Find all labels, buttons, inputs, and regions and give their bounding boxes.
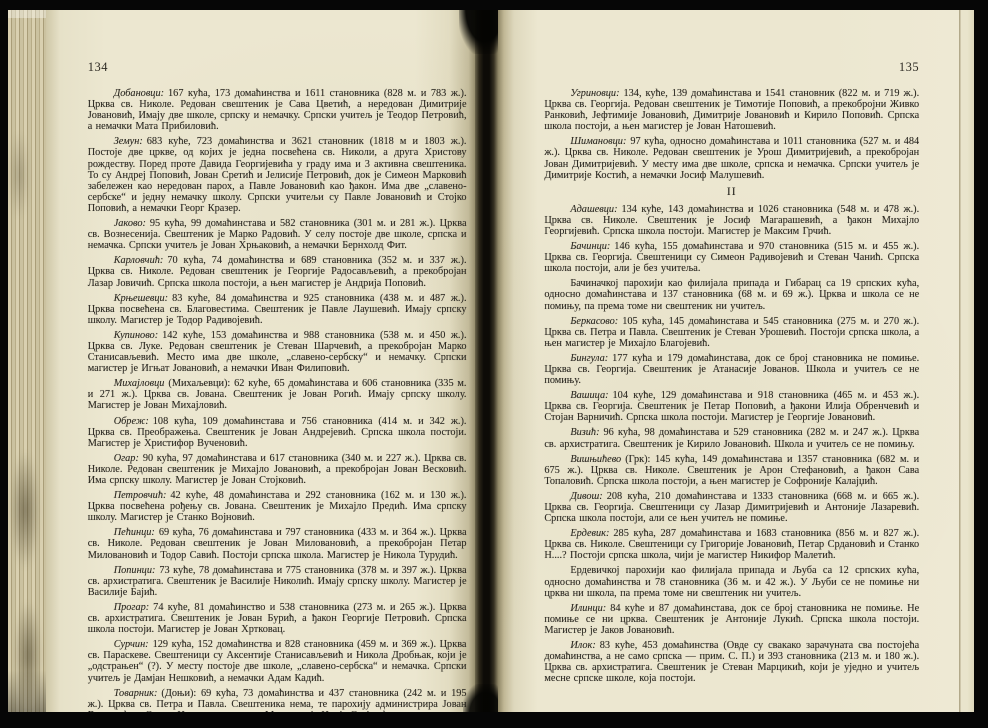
entry-place-name: Бачинци:: [570, 241, 614, 252]
entry-paragraph: Бингула:177 кућа и 179 домаћинстава, док…: [544, 353, 919, 386]
entry-paragraph: Попинци:73 куће, 78 домаћинстава и 775 с…: [88, 565, 467, 598]
entry-paragraph: Бачинци:146 кућа, 155 домаћинстава и 970…: [544, 241, 919, 274]
entry-place-name: Илок:: [570, 640, 599, 651]
left-page-entries: Добановци:167 кућа, 173 домаћинства и 16…: [88, 88, 467, 721]
entry-paragraph: Визић:96 кућа, 98 домаћинстава и 529 ста…: [544, 427, 919, 449]
scan-border-right: [974, 10, 981, 712]
book-scan: 134 Добановци:167 кућа, 173 домаћинства …: [0, 0, 988, 728]
entry-place-name: Адашевци:: [570, 204, 621, 215]
scan-border-bottom: [0, 712, 988, 728]
entry-place-name: Беркасово:: [570, 316, 622, 327]
right-page-entries-top: Угриновци:134, куће, 139 домаћинстава и …: [544, 88, 919, 181]
stain: [10, 450, 40, 570]
entry-paragraph: Пећинци:69 кућа, 76 домаћинстава и 797 с…: [88, 527, 467, 560]
entry-place-name: Купиново:: [114, 330, 162, 341]
entry-text: 90 кућа, 97 домаћинстава и 617 становник…: [88, 453, 467, 486]
entry-place-name: Визић:: [570, 427, 603, 438]
entry-paragraph: Вишњићево(Грк): 145 кућа, 149 домаћинста…: [544, 454, 919, 487]
right-page-entries: Адашевци:134 куће, 143 домаћинства и 102…: [544, 204, 919, 685]
entry-paragraph: Ердевичкој парохији као филијала припада…: [544, 565, 919, 598]
entry-paragraph: Угриновци:134, куће, 139 домаћинстава и …: [544, 88, 919, 132]
fore-edge: [959, 10, 974, 712]
entry-paragraph: Добановци:167 кућа, 173 домаћинства и 16…: [88, 88, 467, 132]
entry-place-name: Михајловци: [114, 378, 169, 389]
entry-text: 683 куће, 723 домаћинства и 3621 становн…: [88, 136, 467, 214]
stain: [14, 600, 42, 710]
entry-paragraph: Михајловци(Михаљевци): 62 куће, 65 домаћ…: [88, 378, 467, 411]
entry-place-name: Огар:: [114, 453, 143, 464]
entry-place-name: Вашица:: [570, 390, 612, 401]
entry-place-name: Јаково:: [114, 218, 150, 229]
entry-paragraph: Ердевик:285 кућа, 287 домаћинстава и 168…: [544, 528, 919, 561]
entry-place-name: Бингула:: [570, 353, 612, 364]
entry-place-name: Товарник:: [114, 688, 162, 699]
open-book: 134 Добановци:167 кућа, 173 домаћинства …: [8, 10, 981, 712]
book-gutter: [475, 10, 499, 712]
entry-paragraph: Јаково:95 кућа, 99 домаћинстава и 582 ст…: [88, 218, 467, 251]
entry-place-name: Дивош:: [570, 491, 606, 502]
entry-paragraph: Крњешевци:83 куће, 84 домаћинства и 925 …: [88, 293, 467, 326]
entry-place-name: Карловчић:: [114, 255, 168, 266]
entry-paragraph: Петровчић:42 куће, 48 домаћинстава и 292…: [88, 490, 467, 523]
left-page: 134 Добановци:167 кућа, 173 домаћинства …: [46, 10, 475, 712]
entry-place-name: Прогар:: [114, 602, 153, 613]
entry-paragraph: Беркасово:105 кућа, 145 домаћинстава и 5…: [544, 316, 919, 349]
entry-place-name: Земун:: [114, 136, 147, 147]
stain: [8, 130, 30, 220]
section-header: II: [544, 186, 919, 198]
entry-paragraph: Дивош:208 кућа, 210 домаћинстава и 1333 …: [544, 491, 919, 524]
entry-paragraph: Купиново:142 куће, 153 домаћинства и 988…: [88, 330, 467, 374]
entry-paragraph: Сурчин:129 кућа, 152 домаћинства и 828 с…: [88, 639, 467, 683]
entry-paragraph: Обреж:108 кућа, 109 домаћинстава и 756 с…: [88, 416, 467, 449]
entry-text: Бачиначкој парохији као филијала припада…: [544, 278, 919, 311]
entry-place-name: Обреж:: [114, 416, 153, 427]
entry-paragraph: Илинци:84 куће и 87 домаћинстава, док се…: [544, 603, 919, 636]
entry-place-name: Угриновци:: [570, 88, 623, 99]
entry-paragraph: Шимановци:97 кућа, односно домаћинстава …: [544, 136, 919, 180]
entry-paragraph: Адашевци:134 куће, 143 домаћинства и 102…: [544, 204, 919, 237]
entry-paragraph: Огар:90 кућа, 97 домаћинстава и 617 стан…: [88, 453, 467, 486]
entry-place-name: Попинци:: [114, 565, 160, 576]
entry-place-name: Крњешевци:: [114, 293, 172, 304]
entry-place-name: Илинци:: [570, 603, 610, 614]
entry-paragraph: Карловчић:70 кућа, 74 домаћинства и 689 …: [88, 255, 467, 288]
entry-paragraph: Вашица:104 куће, 129 домаћинстава и 918 …: [544, 390, 919, 423]
entry-place-name: Вишњићево: [570, 454, 625, 465]
entry-paragraph: Илок:83 куће, 453 домаћинства (Овде су с…: [544, 640, 919, 684]
scan-border-top: [0, 0, 988, 10]
entry-place-name: Шимановци:: [570, 136, 630, 147]
page-stack-edge: [8, 10, 46, 712]
entry-paragraph: Земун:683 куће, 723 домаћинства и 3621 с…: [88, 136, 467, 214]
entry-paragraph: Бачиначкој парохији као филијала припада…: [544, 278, 919, 311]
page-number-left: 134: [88, 60, 467, 75]
entry-place-name: Сурчин:: [114, 639, 153, 650]
entry-place-name: Пећинци:: [114, 527, 159, 538]
right-page: 135 Угриновци:134, куће, 139 домаћинстав…: [498, 10, 959, 712]
entry-text: 83 куће, 453 домаћинства (Овде су свакак…: [544, 640, 919, 684]
entry-place-name: Добановци:: [114, 88, 168, 99]
entry-place-name: Ердевик:: [570, 528, 613, 539]
entry-text: Ердевичкој парохији као филијала припада…: [544, 565, 919, 598]
entry-paragraph: Прогар:74 куће, 81 домаћинство и 538 ста…: [88, 602, 467, 635]
entry-place-name: Петровчић:: [114, 490, 171, 501]
page-number-right: 135: [544, 60, 919, 75]
